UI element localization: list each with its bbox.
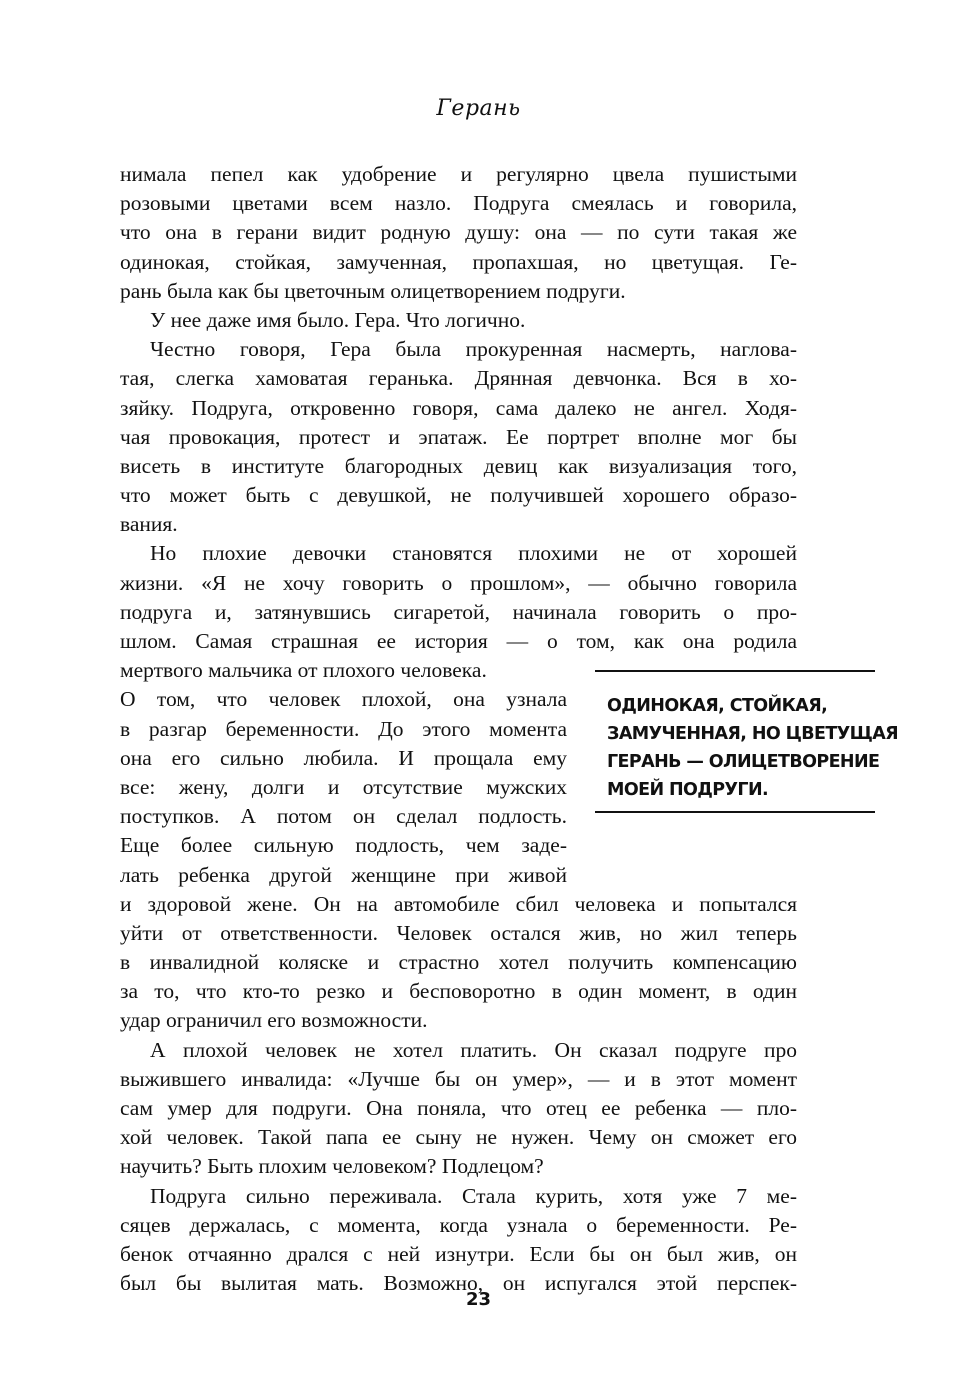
- body-block-bottom: и здоровой жене. Он на автомобиле сбил ч…: [120, 890, 797, 1299]
- text-line: сяцев держалась, с момента, когда узнала…: [120, 1211, 797, 1240]
- text-line: научить? Быть плохим человеком? Подлецом…: [120, 1152, 797, 1181]
- text-line: сам умер для подруги. Она поняла, что от…: [120, 1094, 797, 1123]
- text-line: в разгар беременности. До этого момента: [120, 715, 567, 744]
- pullquote-line: Одинокая, стойкая,: [607, 692, 877, 720]
- text-line: нимала пепел как удобрение и регулярно ц…: [120, 160, 797, 189]
- text-line: рань была как бы цветочным олицетворение…: [120, 277, 797, 306]
- text-line: она его сильно любила. И прощала ему: [120, 744, 567, 773]
- text-line: бенок отчаянно дрался с ней изнутри. Есл…: [120, 1240, 797, 1269]
- text-line: висеть в институте благородных девиц как…: [120, 452, 797, 481]
- text-line: лать ребенка другой женщине при живой: [120, 861, 567, 890]
- text-line: уйти от ответственности. Человек остался…: [120, 919, 797, 948]
- text-line: одинокая, стойкая, замученная, пропахшая…: [120, 248, 797, 277]
- text-line: в инвалидной коляске и страстно хотел по…: [120, 948, 797, 977]
- text-line: вания.: [120, 510, 797, 539]
- page-number: 23: [0, 1289, 957, 1310]
- body-block-top: нимала пепел как удобрение и регулярно ц…: [120, 160, 797, 685]
- text-line: за то, что кто-то резко и бесповоротно в…: [120, 977, 797, 1006]
- text-line: Еще более сильную подлость, чем заде-: [120, 831, 567, 860]
- text-line: розовыми цветами всем назло. Подруга сме…: [120, 189, 797, 218]
- text-line: все: жену, долги и отсутствие мужских: [120, 773, 567, 802]
- text-line: Подруга сильно переживала. Стала курить,…: [120, 1182, 797, 1211]
- text-line: удар ограничил его возможности.: [120, 1006, 797, 1035]
- text-line: У нее даже имя было. Гера. Что логично.: [120, 306, 797, 335]
- text-line: что она в герани видит родную душу: она …: [120, 218, 797, 247]
- text-line: что может быть с девушкой, не получившей…: [120, 481, 797, 510]
- text-line: жизни. «Я не хочу говорить о прошлом», —…: [120, 569, 797, 598]
- text-line: зяйку. Подруга, откровенно говоря, сама …: [120, 394, 797, 423]
- book-page: Герань нимала пепел как удобрение и регу…: [0, 0, 957, 1388]
- text-line: А плохой человек не хотел платить. Он ск…: [120, 1036, 797, 1065]
- text-line: и здоровой жене. Он на автомобиле сбил ч…: [120, 890, 797, 919]
- pullquote: Одинокая, стойкая, замученная, но цветущ…: [595, 670, 875, 813]
- pullquote-line: замученная, но цветущая: [607, 720, 877, 748]
- text-line: Честно говоря, Гера была прокуренная нас…: [120, 335, 797, 364]
- text-line: Но плохие девочки становятся плохими не …: [120, 539, 797, 568]
- pullquote-line: моей подруги.: [607, 776, 877, 804]
- text-line: хой человек. Такой папа ее сыну не нужен…: [120, 1123, 797, 1152]
- text-line: выжившего инвалида: «Лучше бы он умер», …: [120, 1065, 797, 1094]
- pullquote-text: Одинокая, стойкая, замученная, но цветущ…: [607, 692, 877, 804]
- text-line: тая, слегка хамоватая геранька. Дрянная …: [120, 364, 797, 393]
- text-line: подруга и, затянувшись сигаретой, начина…: [120, 598, 797, 627]
- text-line: поступков. А потом он сделал подлость.: [120, 802, 567, 831]
- running-head-title: Герань: [0, 96, 957, 121]
- pullquote-line: герань — олицетворение: [607, 748, 877, 776]
- text-line: шлом. Самая страшная ее история — о том,…: [120, 627, 797, 656]
- text-line: чая провокация, протест и эпатаж. Ее пор…: [120, 423, 797, 452]
- text-line: О том, что человек плохой, она узнала: [120, 685, 567, 714]
